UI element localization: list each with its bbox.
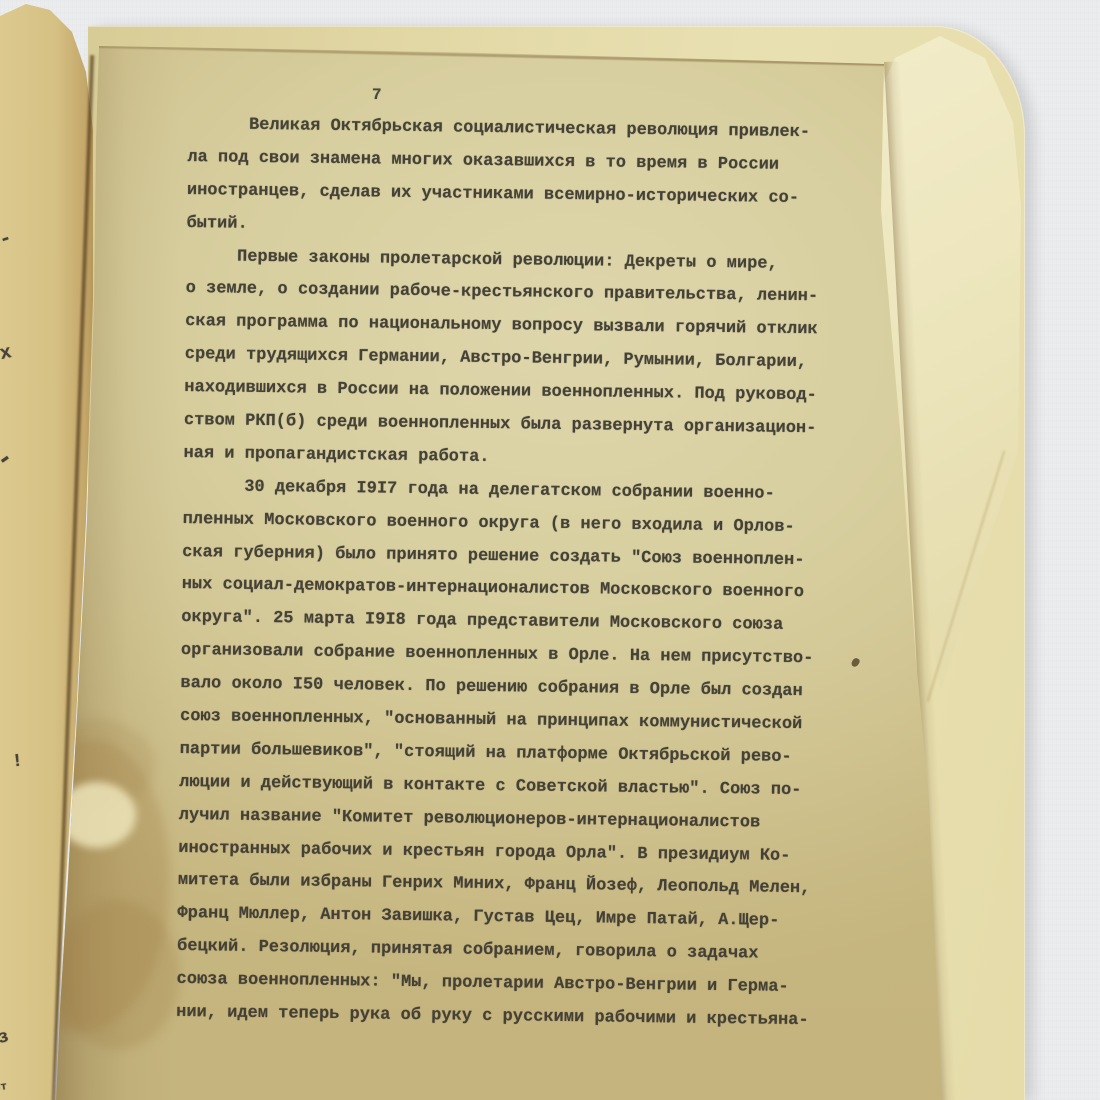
cut-off-text-fragment: х xyxy=(0,341,14,365)
cut-off-text-fragment: - xyxy=(0,442,20,476)
typewritten-text-block: Великая Октябрьская социалистическая рев… xyxy=(176,109,888,1039)
cut-off-text-fragment: е- xyxy=(0,227,15,256)
water-stain xyxy=(55,900,180,1050)
cut-off-text-fragment: ет xyxy=(0,1081,8,1095)
cut-off-text-fragment: з xyxy=(0,1027,11,1049)
page-number: 7 xyxy=(372,86,382,104)
photo-of-typewritten-document: е-х-!зет 7 Великая Октябрьская социалист… xyxy=(0,0,1100,1100)
cut-off-text-fragment: ! xyxy=(11,751,24,772)
